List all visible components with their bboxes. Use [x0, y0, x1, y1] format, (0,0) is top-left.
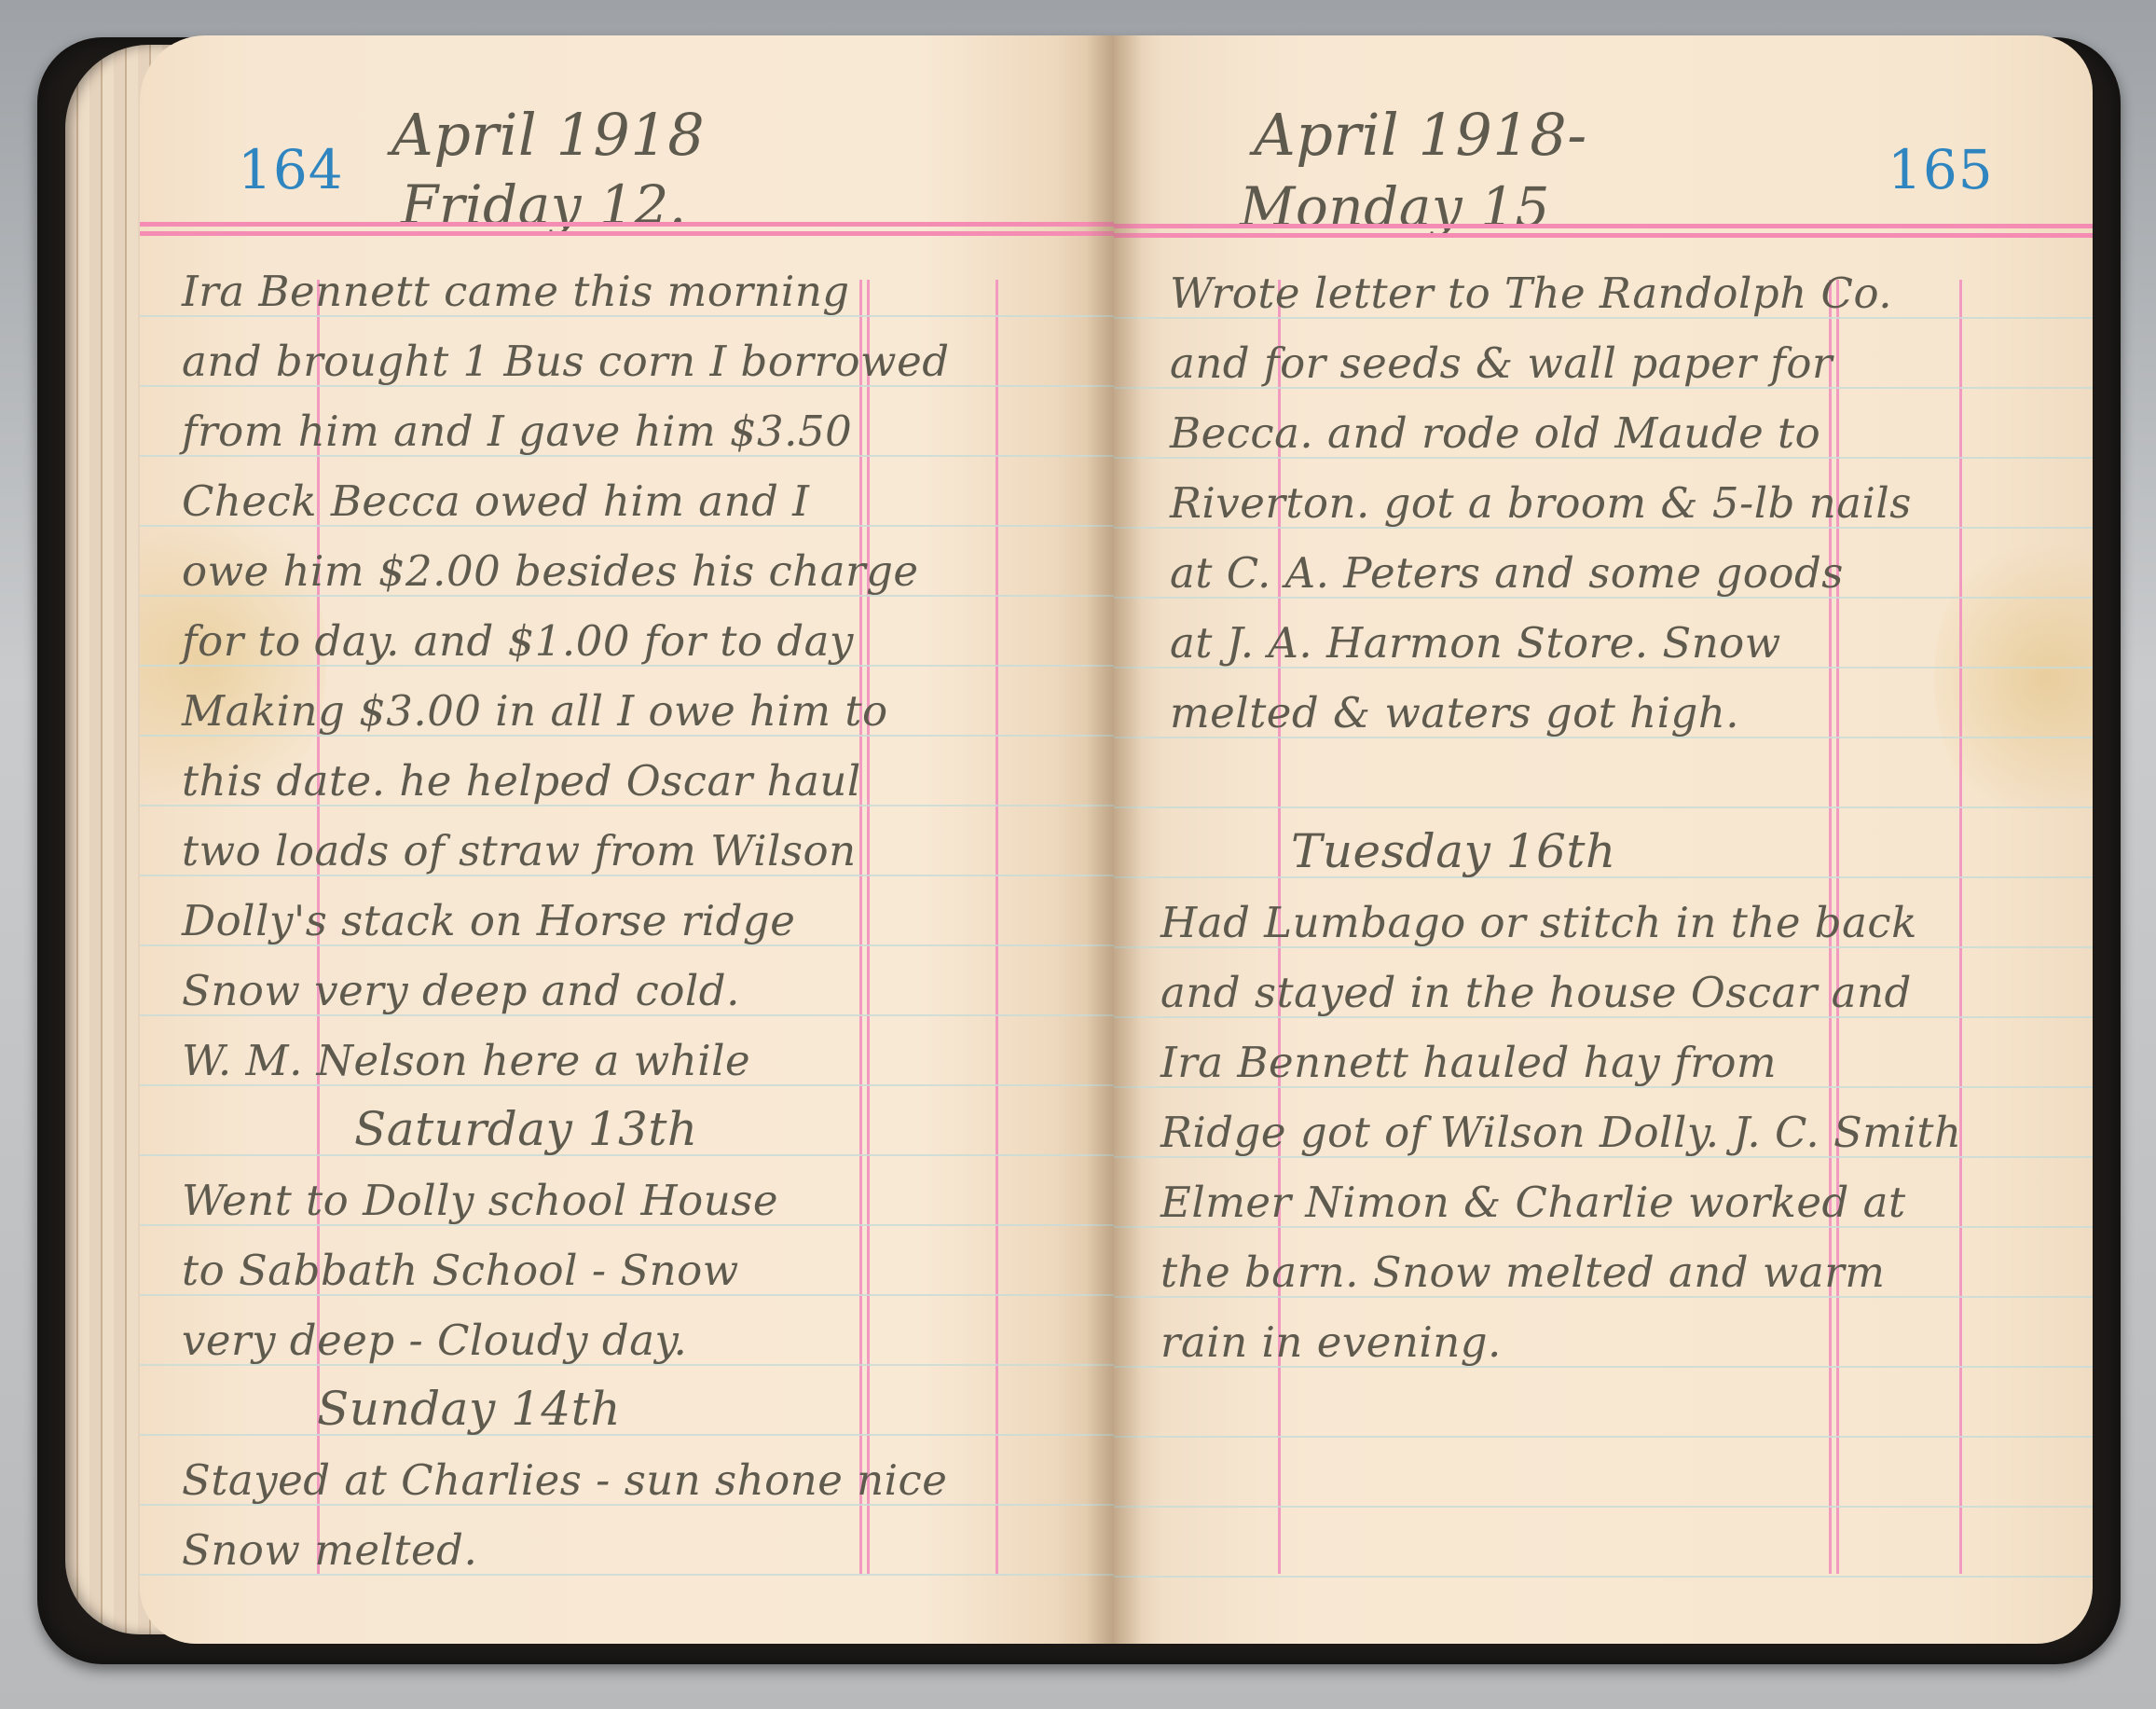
entry-line: Snow very deep and cold.	[182, 966, 740, 1015]
day-header: Monday 15	[1240, 175, 1550, 239]
month-header: April 1918-	[1254, 101, 1587, 169]
column-rule	[859, 280, 862, 1574]
header-rule-bottom	[1114, 233, 2093, 238]
left-page: 164 April 1918 Friday 12. Ira Bennett ca…	[140, 35, 1114, 1644]
entry-line: Making $3.00 in all I owe him to	[182, 686, 888, 736]
entry-line: to Sabbath School - Snow	[182, 1246, 739, 1295]
entry-line: at C. A. Peters and some goods	[1170, 548, 1844, 598]
entry-line: from him and I gave him $3.50	[182, 407, 852, 456]
ruled-line	[1114, 1576, 2093, 1578]
entry-line: Check Becca owed him and I	[182, 476, 809, 526]
ruled-line	[140, 1434, 1114, 1436]
entry-line: and for seeds & wall paper for	[1170, 338, 1833, 388]
entry-line: Ridge got of Wilson Dolly. J. C. Smith	[1160, 1108, 1961, 1157]
entry-line: the barn. Snow melted and warm	[1160, 1247, 1885, 1297]
entry-line: melted & waters got high.	[1170, 688, 1739, 737]
entry-line: Ira Bennett came this morning	[182, 267, 850, 316]
entry-line: this date. he helped Oscar haul	[182, 756, 861, 806]
entry-line: W. M. Nelson here a while	[182, 1036, 750, 1085]
paper-stain	[1934, 520, 2093, 837]
entry-line: Riverton. got a broom & 5-lb nails	[1170, 478, 1912, 528]
right-page: 165 April 1918- Monday 15 Wrote letter t…	[1114, 35, 2093, 1644]
entry-line: Stayed at Charlies - sun shone nice	[182, 1455, 947, 1505]
page-number: 164	[238, 138, 344, 201]
entry-line: and brought 1 Bus corn I borrowed	[182, 337, 950, 386]
entry-line: Had Lumbago or stitch in the back	[1160, 898, 1917, 947]
entry-line: at J. A. Harmon Store. Snow	[1170, 618, 1781, 668]
entry-line: owe him $2.00 besides his charge	[182, 546, 919, 596]
page-number: 165	[1888, 138, 1994, 201]
column-rule	[996, 280, 998, 1574]
entry-line: for to day. and $1.00 for to day	[182, 616, 854, 666]
entry-header-sunday: Sunday 14th	[317, 1382, 621, 1436]
ruled-line	[1114, 806, 2093, 808]
month-header: April 1918	[391, 101, 705, 169]
column-rule	[1959, 280, 1962, 1574]
entry-line: Went to Dolly school House	[182, 1176, 778, 1225]
entry-line: Becca. and rode old Maude to	[1170, 408, 1820, 458]
entry-line: very deep - Cloudy day.	[182, 1316, 687, 1365]
ruled-line	[1114, 1436, 2093, 1438]
entry-line: Snow melted.	[182, 1525, 477, 1575]
entry-line: two loads of straw from Wilson	[182, 826, 857, 875]
header-rule-top	[140, 222, 1114, 227]
column-rule	[867, 280, 870, 1574]
header-rule-bottom	[140, 231, 1114, 236]
ruled-line	[1114, 1506, 2093, 1508]
entry-line: Ira Bennett hauled hay from	[1160, 1038, 1777, 1087]
entry-line: and stayed in the house Oscar and	[1160, 968, 1912, 1017]
entry-line: Dolly's stack on Horse ridge	[182, 896, 795, 945]
header-rule-top	[1114, 224, 2093, 228]
entry-header-tuesday: Tuesday 16th	[1291, 824, 1616, 878]
entry-line: rain in evening.	[1160, 1317, 1502, 1367]
entry-line: Elmer Nimon & Charlie worked at	[1160, 1178, 1906, 1227]
entry-header-saturday: Saturday 13th	[354, 1102, 698, 1156]
day-header: Friday 12.	[401, 173, 687, 237]
entry-line: Wrote letter to The Randolph Co.	[1170, 269, 1892, 318]
